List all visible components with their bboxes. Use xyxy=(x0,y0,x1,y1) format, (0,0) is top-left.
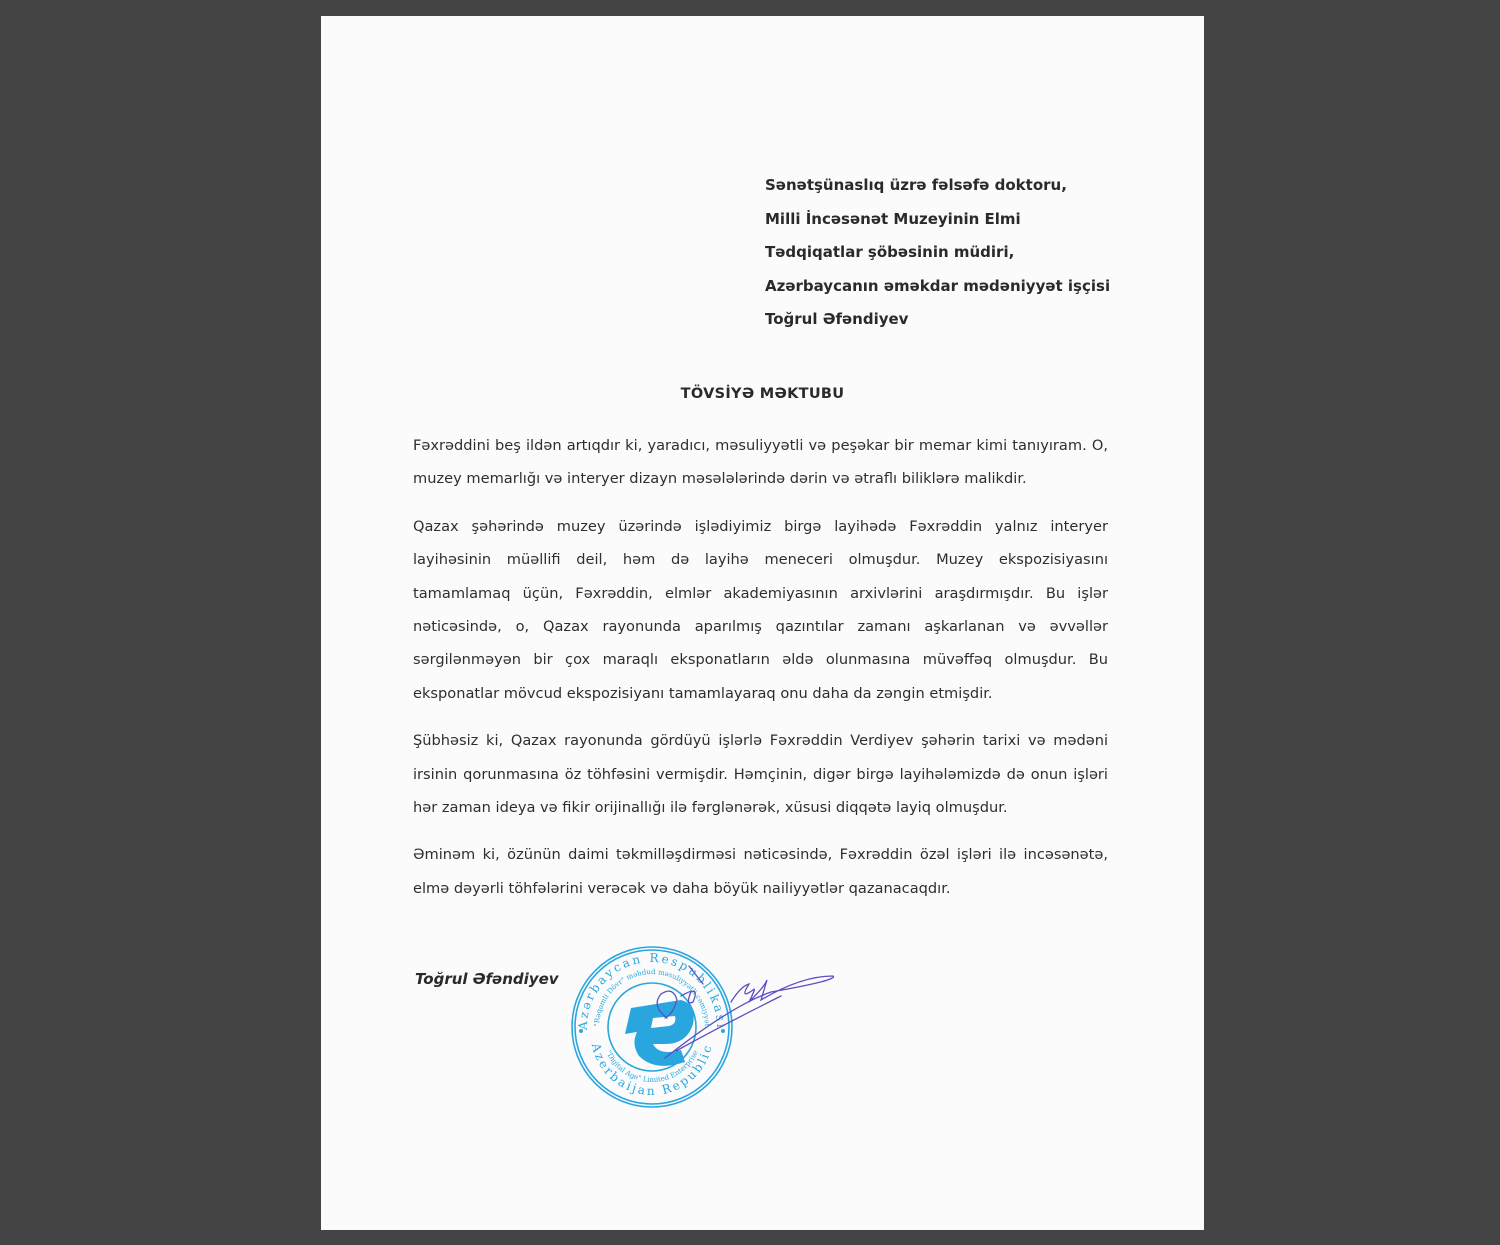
letter-page: Sənətşünaslıq üzrə fəlsəfə doktoru, Mill… xyxy=(321,16,1204,1230)
addressee-name: Toğrul Əfəndiyev xyxy=(765,303,1110,337)
letter-title: TÖVSİYƏ MƏKTUBU xyxy=(321,386,1204,402)
letter-body: Fəxrəddini beş ildən artıqdır ki, yaradı… xyxy=(413,429,1108,919)
addressee-block: Sənətşünaslıq üzrə fəlsəfə doktoru, Mill… xyxy=(765,169,1110,337)
paragraph: Şübhəsiz ki, Qazax rayonunda gördüyü işl… xyxy=(413,724,1108,824)
addressee-line: Milli İncəsənət Muzeyinin Elmi xyxy=(765,203,1110,237)
signature xyxy=(581,956,841,1066)
paragraph: Əminəm ki, özünün daimi təkmilləşdirməsi… xyxy=(413,838,1108,905)
addressee-line: Azərbaycanın əməkdar mədəniyyət işçisi xyxy=(765,270,1110,304)
addressee-line: Sənətşünaslıq üzrə fəlsəfə doktoru, xyxy=(765,169,1110,203)
paragraph: Qazax şəhərində muzey üzərində işlədiyim… xyxy=(413,510,1108,710)
addressee-line: Tədqiqatlar şöbəsinin müdiri, xyxy=(765,236,1110,270)
signer-name: Toğrul Əfəndiyev xyxy=(415,970,559,988)
paragraph: Fəxrəddini beş ildən artıqdır ki, yaradı… xyxy=(413,429,1108,496)
